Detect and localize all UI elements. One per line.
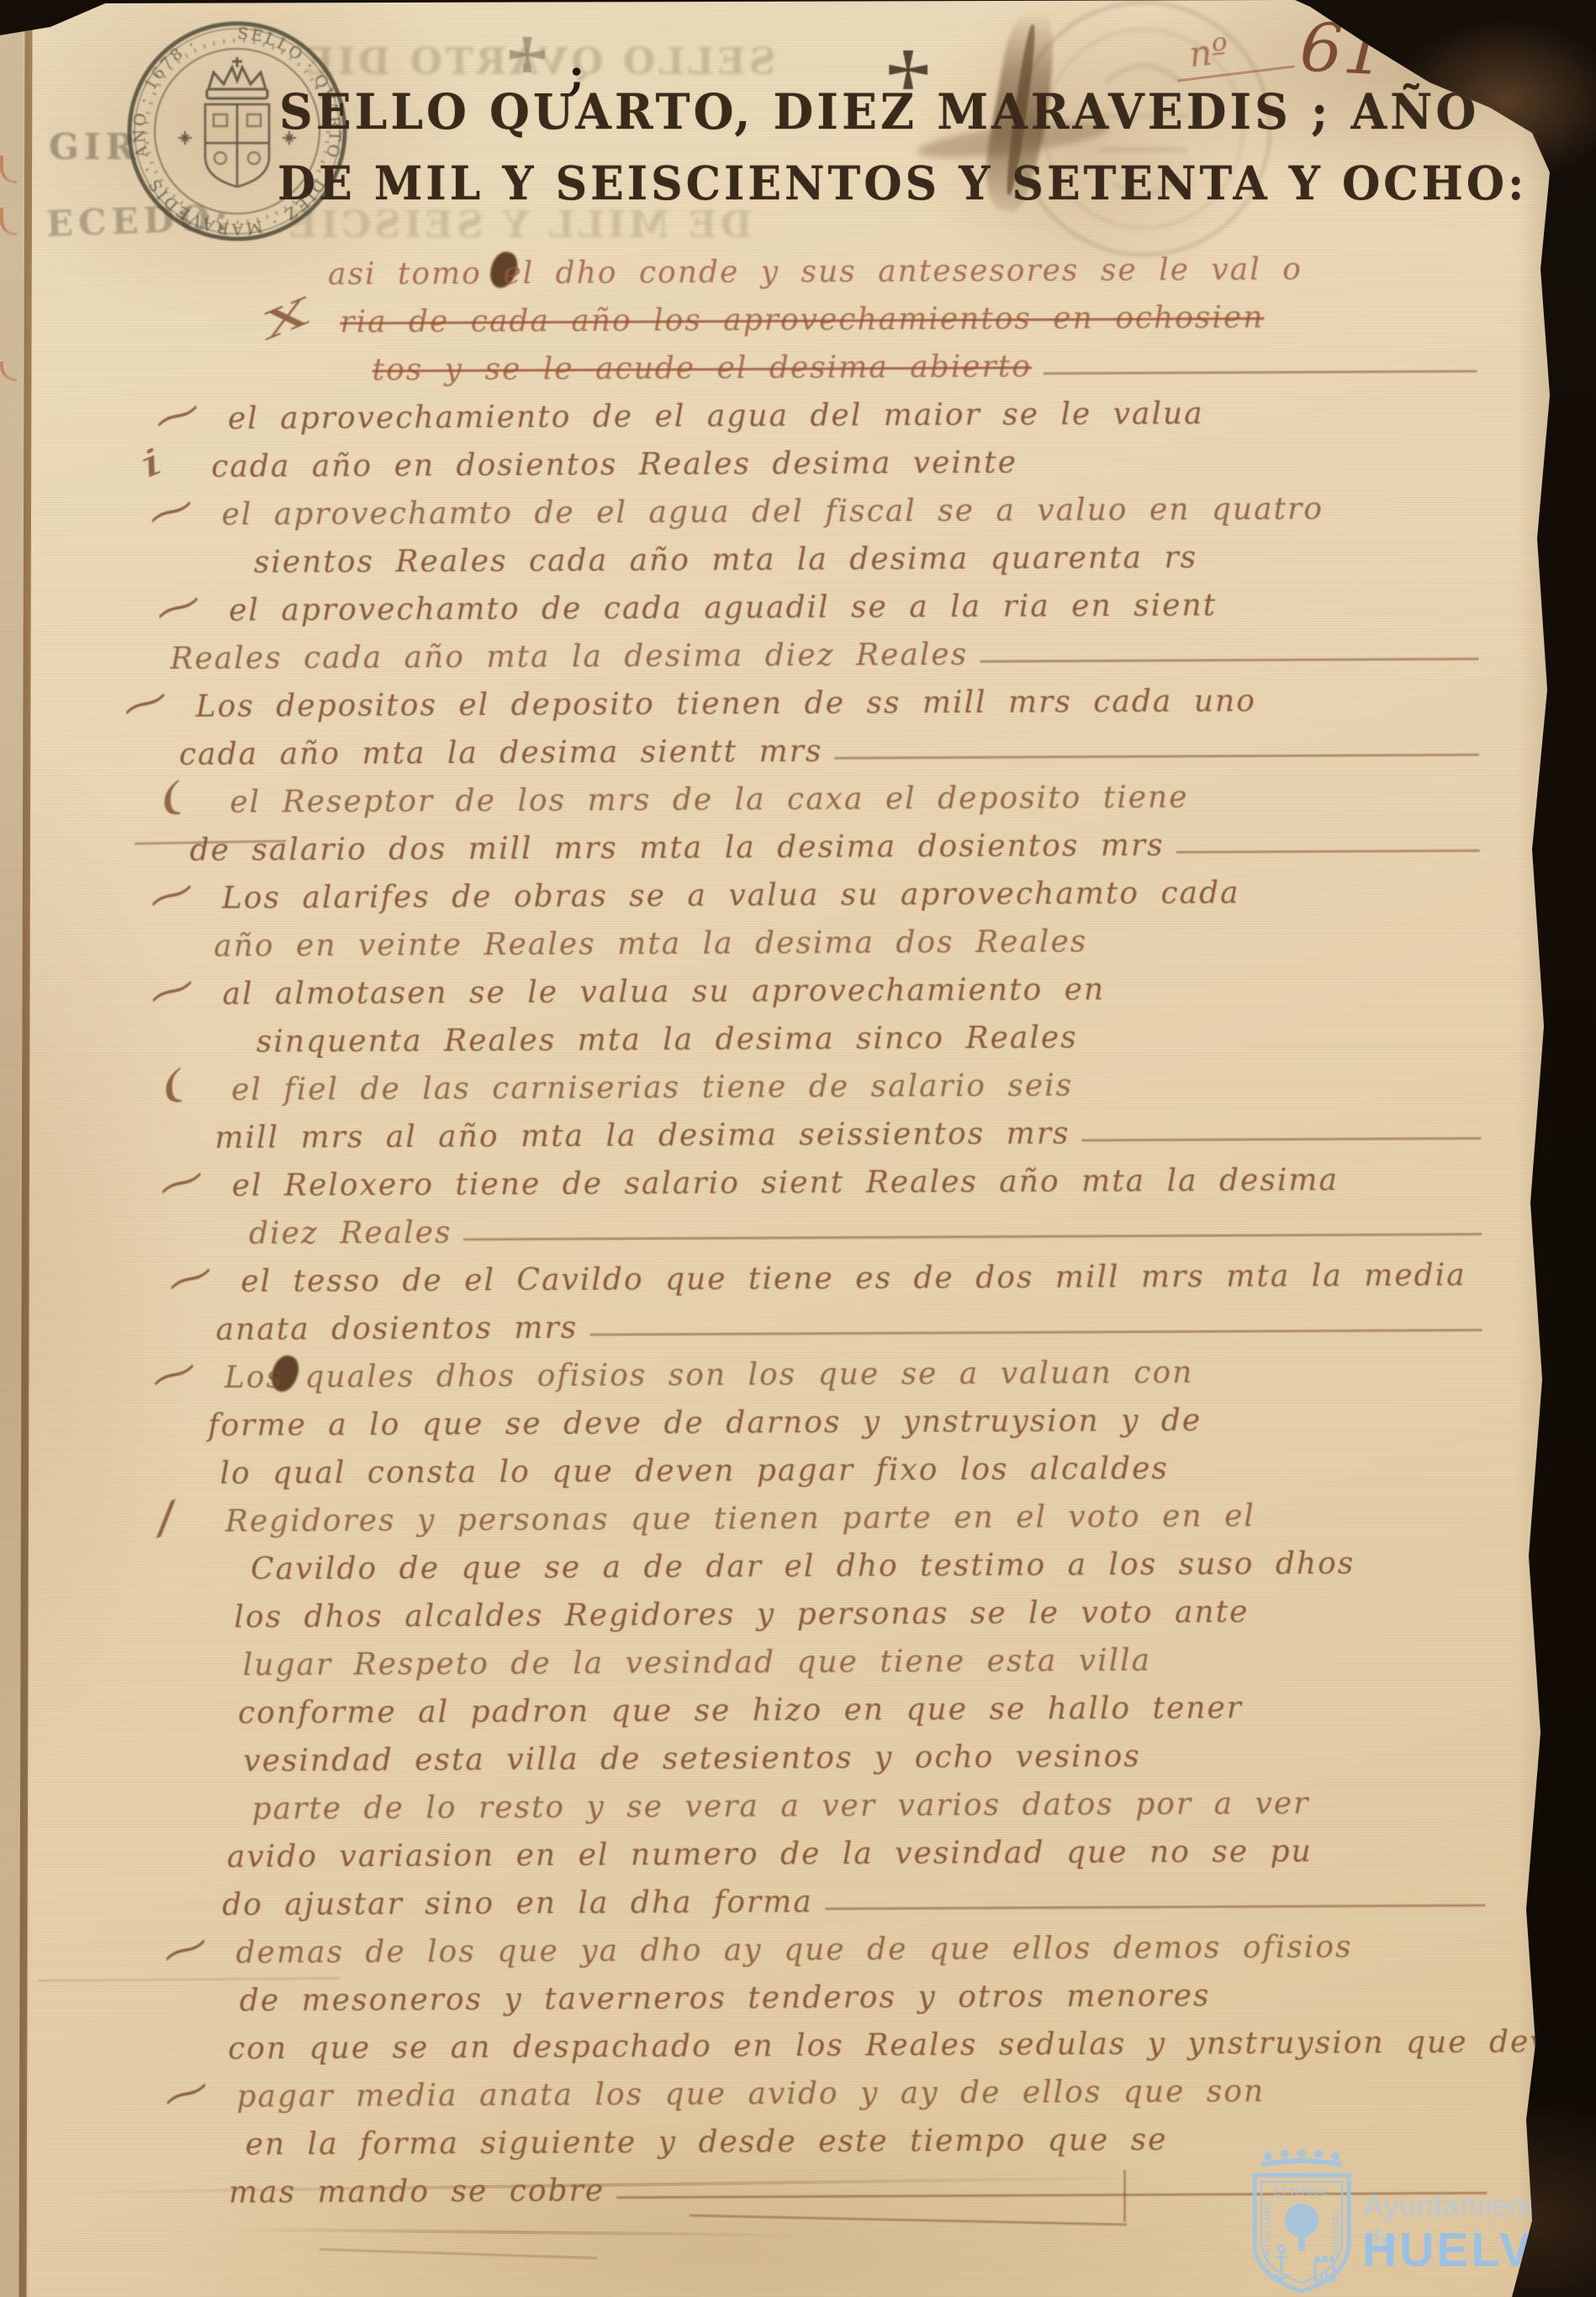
folio-abbreviation: nº bbox=[1187, 30, 1231, 76]
manuscript-line: tos y se le acude el desima abierto bbox=[119, 338, 1500, 394]
trailing-rule bbox=[1081, 1137, 1481, 1141]
manuscript-line-text: mill mrs al año mta la desima seissiento… bbox=[214, 1113, 1070, 1159]
manuscript-line: ~ el tesso de el Cavildo que tiene es de… bbox=[124, 1249, 1505, 1305]
margin-paragraph-mark: ~ bbox=[156, 1248, 224, 1308]
manuscript-line: ( el fiel de las carniserias tiene de sa… bbox=[124, 1057, 1504, 1113]
manuscript-line: ~ Los depositos el deposito tienen de ss… bbox=[122, 674, 1503, 729]
margin-paragraph-mark: ~ bbox=[138, 961, 205, 1020]
paper-crease bbox=[219, 2227, 807, 2236]
manuscript-line: avido variasion en el numero de la vesin… bbox=[128, 1824, 1509, 1880]
trailing-rule bbox=[589, 1329, 1482, 1336]
manuscript-line-text: mas mando se cobre bbox=[229, 2170, 605, 2214]
manuscript-line: vesindad esta villa de setesientos y och… bbox=[127, 1728, 1508, 1784]
trailing-rule bbox=[980, 658, 1478, 663]
margin-paragraph-mark: ~ bbox=[144, 577, 211, 637]
manuscript-line: Cavildo de que se a de dar el dho testim… bbox=[126, 1537, 1507, 1592]
manuscript-line: de salario dos mill mrs mta la desima do… bbox=[122, 818, 1503, 873]
margin-red-stroke bbox=[0, 362, 17, 381]
margin-paragraph-mark: ~ bbox=[143, 385, 210, 445]
crest-motto-left: PORTUS MARIS bbox=[1264, 2202, 1273, 2266]
crest-anchor-icon bbox=[1275, 2246, 1288, 2278]
watermark-city-name: HUELVA bbox=[1362, 2222, 1567, 2278]
manuscript-line: los dhos alcaldes Regidores y personas s… bbox=[126, 1585, 1507, 1640]
manuscript-line: / Regidores y personas que tienen parte … bbox=[126, 1489, 1507, 1544]
manuscript-line: conforme al padron que se hizo en que se… bbox=[127, 1680, 1508, 1736]
manuscript-line: parte de lo resto y se vera a ver varios… bbox=[127, 1776, 1508, 1832]
manuscript-line: cada año mta la desima sientt mrs bbox=[122, 722, 1503, 777]
manuscript-line-text: con que se an despachado en los Reales s… bbox=[228, 2021, 1568, 2070]
manuscript-line-text: Cavildo de que se a de dar el dho testim… bbox=[251, 1543, 1355, 1591]
margin-paragraph-mark: ( bbox=[153, 1062, 193, 1110]
manuscript-line: anata dosientos mrs bbox=[124, 1297, 1505, 1352]
manuscript-line-text: parte de lo resto y se vera a ver varios… bbox=[251, 1783, 1309, 1831]
manuscript-line-text: lugar Respeto de la vesindad que tiene e… bbox=[243, 1640, 1152, 1687]
manuscript-line-text: el tesso de el Cavildo que tiene es de d… bbox=[240, 1255, 1467, 1304]
manuscript-line-text: de mesoneros y taverneros tenderos y otr… bbox=[240, 1976, 1211, 2023]
manuscript-line-text: Los depositos el deposito tienen de ss m… bbox=[196, 680, 1256, 728]
manuscript-line: diez Reales bbox=[124, 1201, 1505, 1257]
manuscript-line-text: Regidores y personas que tienen parte en… bbox=[225, 1495, 1255, 1543]
seal-shield-icon bbox=[205, 104, 269, 187]
manuscript-line: sinquenta Reales mta la desima sinco Rea… bbox=[124, 1009, 1504, 1065]
manuscript-line: do ajustar sino en la dha forma bbox=[128, 1872, 1509, 1928]
closing-flourish bbox=[320, 2248, 597, 2259]
margin-paragraph-mark: ~ bbox=[137, 481, 204, 541]
manuscript-line-text: asi tomo el dho conde y sus antesesores … bbox=[328, 249, 1303, 296]
manuscript-line: lo qual consta lo que deven pagar fixo l… bbox=[125, 1441, 1506, 1496]
manuscript-line: i cada año en dosientos Reales desima ve… bbox=[120, 434, 1501, 490]
manuscript-line-text: sientos Reales cada año mta la desima qu… bbox=[254, 537, 1197, 585]
manuscript-line-text: lo qual consta lo que deven pagar fixo l… bbox=[219, 1448, 1169, 1495]
manuscript-line-text: sinquenta Reales mta la desima sinco Rea… bbox=[256, 1017, 1078, 1063]
manuscript-line-text: los dhos alcaldes Regidores y personas s… bbox=[234, 1591, 1249, 1638]
manuscript-line-text: cada año mta la desima sientt mrs bbox=[179, 731, 823, 776]
manuscript-line-text: conforme al padron que se hizo en que se… bbox=[238, 1687, 1243, 1734]
manuscript-line: ~ el aprovechamto de el agua del fiscal … bbox=[120, 482, 1501, 537]
manuscript-text-block: asi tomo el dho conde y sus antesesores … bbox=[119, 242, 1510, 2215]
manuscript-line: ~ el aprovechamiento de el agua del maio… bbox=[120, 386, 1501, 442]
trailing-rule bbox=[1044, 370, 1477, 375]
manuscript-line-text: el fiel de las carniserias tiene de sala… bbox=[231, 1065, 1073, 1111]
manuscript-line: ~ al almotasen se le valua su aprovecham… bbox=[123, 961, 1504, 1017]
trailing-rule bbox=[464, 1233, 1482, 1241]
stamped-paper-title-line1: SELLO QUARTO, DIEZ MARAVEDIS ; AÑO bbox=[279, 82, 1479, 140]
margin-paragraph-mark: ~ bbox=[152, 2063, 219, 2123]
margin-paragraph-mark: ( bbox=[151, 775, 191, 823]
manuscript-line-text: vesindad esta villa de setesientos y och… bbox=[243, 1736, 1141, 1783]
manuscript-line-text: el Reseptor de los mrs de la caxa el dep… bbox=[230, 777, 1188, 824]
manuscript-line-text: al almotasen se le valua su aprovechamie… bbox=[222, 969, 1105, 1015]
folio-number: 61 bbox=[1298, 8, 1388, 90]
manuscript-line-text: pagar media anata los que avido y ay de … bbox=[236, 2071, 1265, 2118]
margin-paragraph-mark: ~ bbox=[111, 673, 178, 733]
manuscript-line-text: Los alarifes de obras se a valua su apro… bbox=[222, 872, 1240, 919]
trailing-rule bbox=[616, 2192, 1487, 2199]
manuscript-line: asi tomo el dho conde y sus antesesores … bbox=[119, 242, 1500, 298]
scanned-manuscript-page: GIR ECEDO: SELLO QVARTO DIE DE MILL Y SE… bbox=[0, 0, 1596, 2297]
crest-tree-icon bbox=[1285, 2204, 1319, 2251]
manuscript-line: sientos Reales cada año mta la desima qu… bbox=[121, 530, 1502, 585]
manuscript-line-text: forme a lo que se deve de darnos y ynstr… bbox=[208, 1400, 1202, 1448]
seal-crown-icon bbox=[207, 57, 267, 98]
manuscript-line: ~ demas de los que ya dho ay que de que … bbox=[128, 1920, 1509, 1976]
manuscript-line: mill mrs al año mta la desima seissiento… bbox=[124, 1105, 1504, 1161]
manuscript-line: ~ el aprovechamto de cada aguadil se a l… bbox=[121, 578, 1502, 633]
manuscript-line-text: tos y se le acude el desima abierto bbox=[373, 347, 1033, 392]
trailing-rule bbox=[1176, 849, 1480, 854]
manuscript-line: lugar Respeto de la vesindad que tiene e… bbox=[127, 1633, 1508, 1688]
manuscript-line-text: el aprovechamiento de el agua del maior … bbox=[228, 394, 1204, 441]
stamped-paper-title-line2: DE MIL Y SEISCIENTOS Y SETENTA Y OCHO: bbox=[277, 156, 1527, 211]
closing-flourish bbox=[690, 2215, 1127, 2226]
margin-red-stroke bbox=[0, 156, 17, 183]
crest-motto-right: CUSTODIA bbox=[1330, 2212, 1340, 2256]
margin-paragraph-mark: ~ bbox=[147, 1152, 214, 1212]
manuscript-line-text: diez Reales bbox=[249, 1212, 452, 1255]
manuscript-line-text: en la forma siguiente y desde este tiemp… bbox=[246, 2120, 1168, 2167]
manuscript-line: ~ pagar media anata los que avido y ay d… bbox=[129, 2064, 1509, 2120]
margin-paragraph-mark: i bbox=[134, 440, 169, 486]
manuscript-line-text: Los quales dhos ofisios son los que se a… bbox=[225, 1352, 1194, 1400]
manuscript-line: ~ Los quales dhos ofisios son los que se… bbox=[125, 1345, 1506, 1400]
manuscript-line-text: el Reloxero tiene de salario sient Reale… bbox=[232, 1160, 1339, 1208]
trailing-rule bbox=[825, 1904, 1485, 1910]
margin-paragraph-mark: / bbox=[147, 1495, 183, 1542]
gutter-fold-line bbox=[18, 24, 32, 2297]
manuscript-line: X ria de cada año los aprovechamientos e… bbox=[119, 290, 1500, 346]
manuscript-line-text: cada año en dosientos Reales desima vein… bbox=[211, 442, 1017, 489]
manuscript-line-text: el aprovechamto de el agua del fiscal se… bbox=[221, 489, 1324, 537]
invocation-cross-icon bbox=[510, 37, 545, 72]
crest-motto-top: ET TERRAE bbox=[1274, 2186, 1330, 2198]
manuscript-line-text: ria de cada año los aprovechamientos en … bbox=[340, 297, 1264, 344]
manuscript-line-text: anata dosientos mrs bbox=[215, 1307, 578, 1351]
margin-paragraph-mark: ~ bbox=[151, 1919, 219, 1979]
manuscript-line: ~ Los alarifes de obras se a valua su ap… bbox=[123, 865, 1504, 921]
manuscript-line-text: Reales cada año mta la desima diez Reale… bbox=[170, 634, 968, 680]
margin-paragraph-mark: X bbox=[257, 290, 317, 347]
manuscript-line-text: el aprovechamto de cada aguadil se a la … bbox=[229, 585, 1217, 632]
manuscript-line: forme a lo que se deve de darnos y ynstr… bbox=[125, 1393, 1506, 1448]
huelva-crest-icon: ET TERRAE PORTUS MARIS CUSTODIA bbox=[1250, 2150, 1354, 2295]
manuscript-line-text: demas de los que ya dho ay que de que el… bbox=[235, 1927, 1352, 1975]
manuscript-line: con que se an despachado en los Reales s… bbox=[129, 2016, 1509, 2072]
manuscript-line: ( el Reseptor de los mrs de la caxa el d… bbox=[122, 770, 1503, 825]
manuscript-line: ~ el Reloxero tiene de salario sient Rea… bbox=[124, 1153, 1505, 1209]
manuscript-line-text: de salario dos mill mrs mta la desima do… bbox=[190, 825, 1165, 872]
manuscript-line-text: avido variasion en el numero de la vesin… bbox=[227, 1831, 1313, 1879]
parchment-sheet: GIR ECEDO: SELLO QVARTO DIE DE MILL Y SE… bbox=[0, 0, 1596, 2297]
manuscript-line-text: do ajustar sino en la dha forma bbox=[222, 1882, 813, 1927]
trailing-rule bbox=[834, 754, 1479, 759]
manuscript-line-text: año en veinte Reales mta la desima dos R… bbox=[214, 921, 1087, 967]
manuscript-line: Reales cada año mta la desima diez Reale… bbox=[121, 626, 1502, 681]
margin-paragraph-mark: ~ bbox=[140, 1344, 207, 1404]
margin-paragraph-mark: ~ bbox=[137, 865, 204, 924]
margin-red-stroke bbox=[0, 208, 17, 236]
manuscript-line: año en veinte Reales mta la desima dos R… bbox=[123, 913, 1504, 969]
